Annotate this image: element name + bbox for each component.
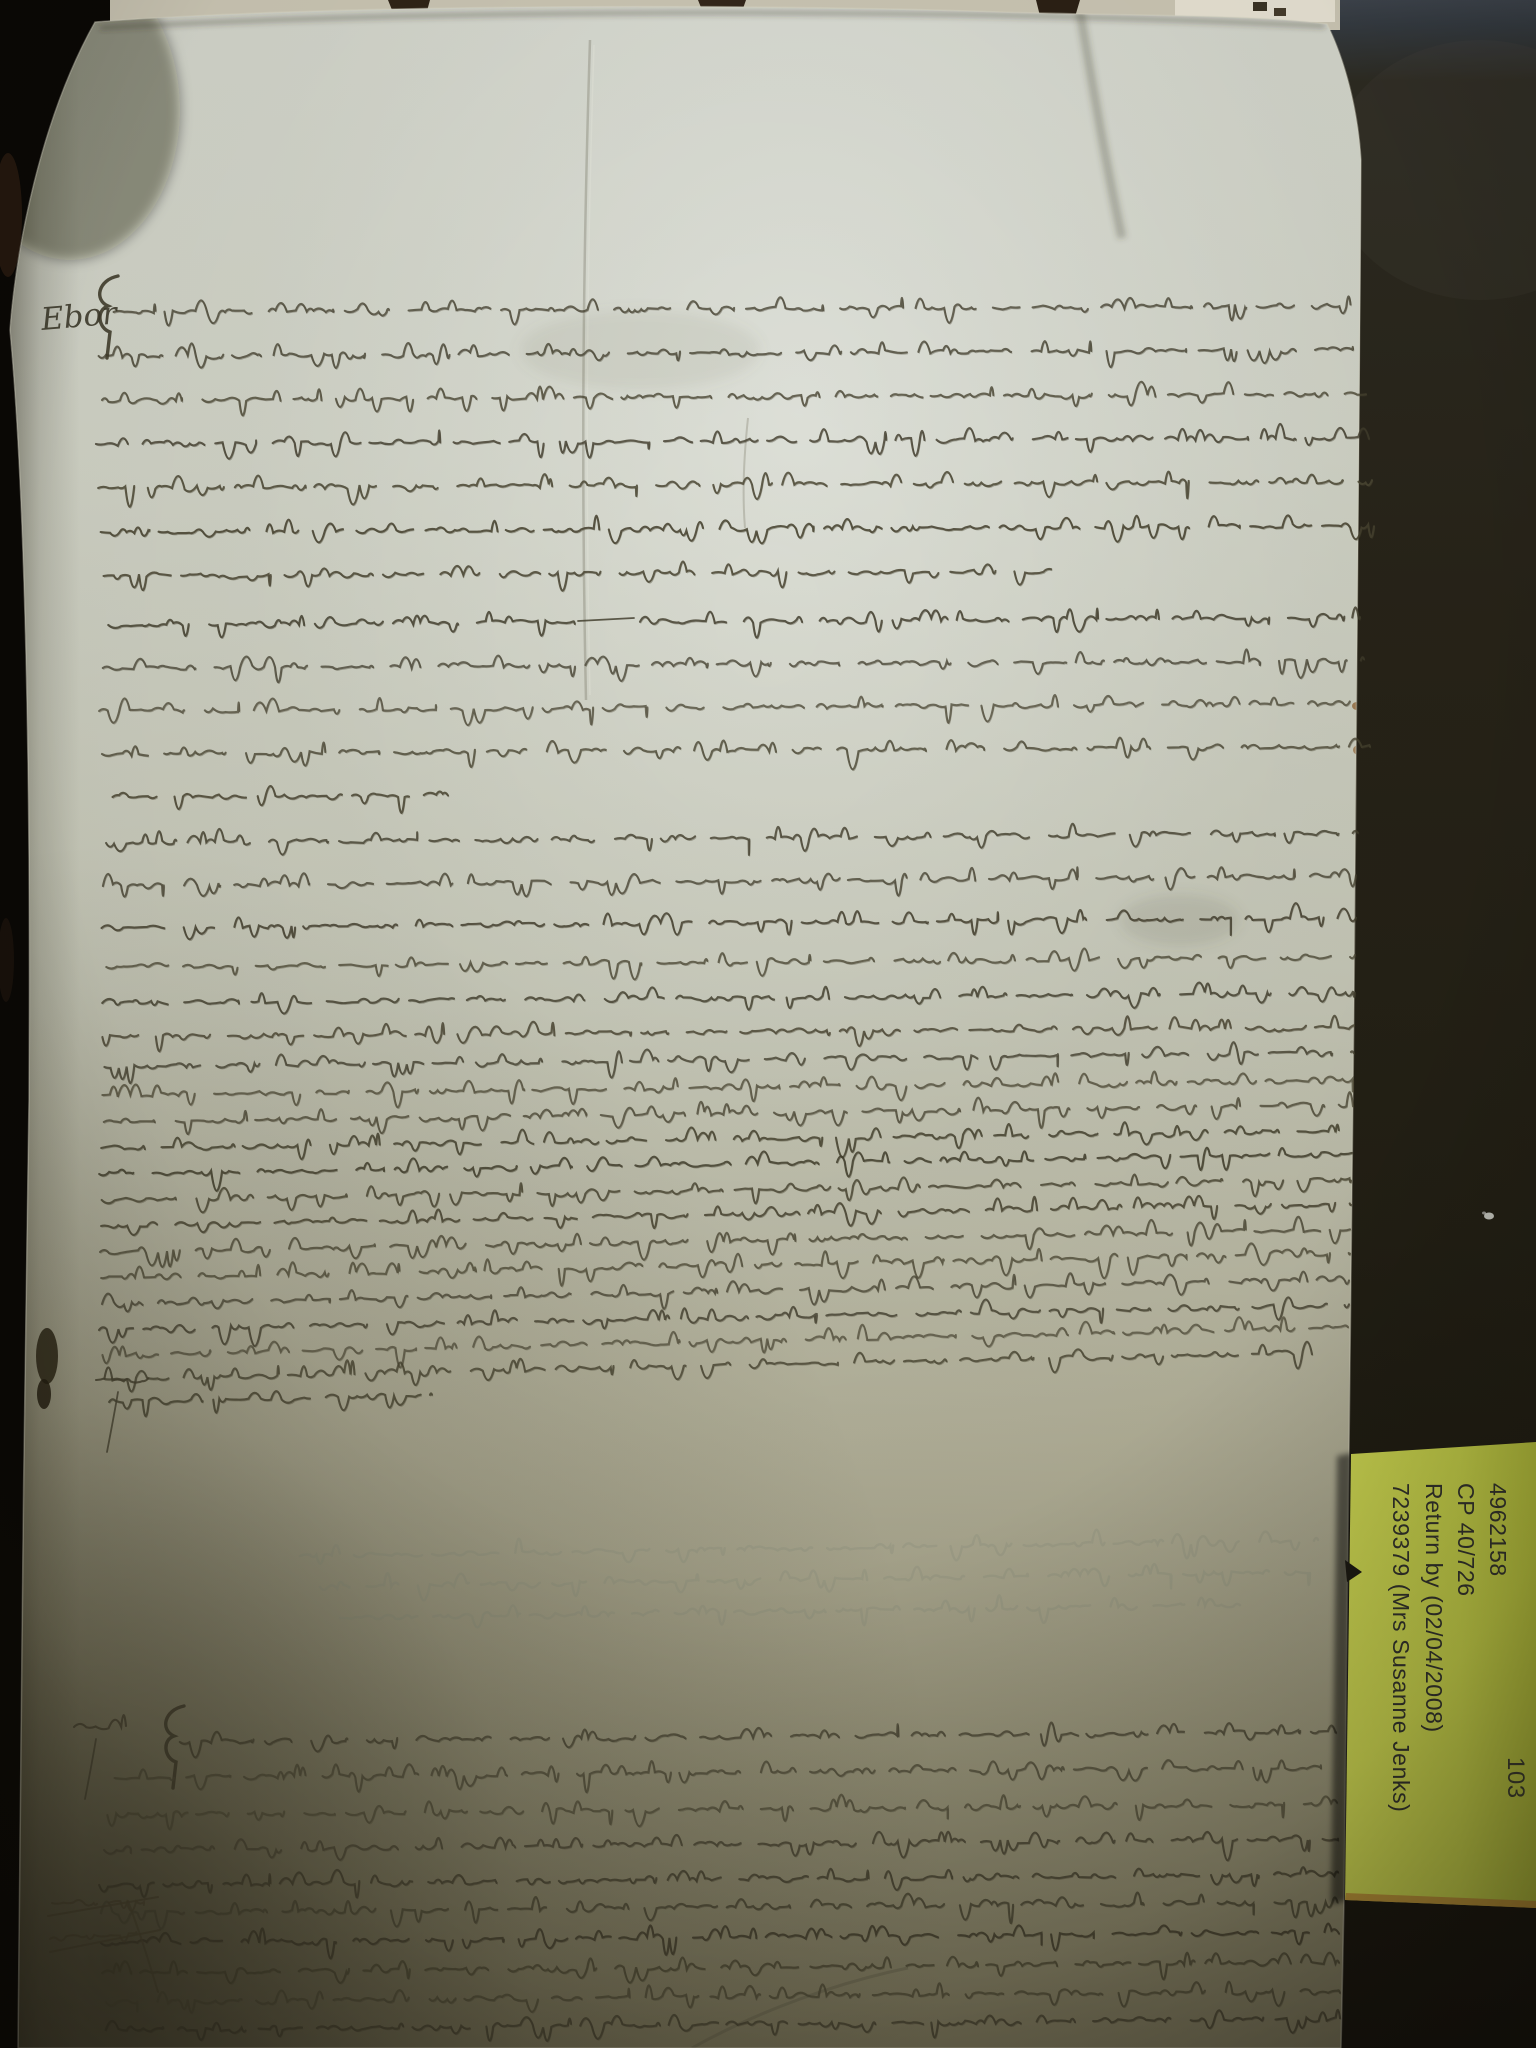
manuscript-photograph: Ebor 103 4962158 CP 40/726 Return by (02…	[0, 0, 1536, 2048]
vignette-overlay	[0, 0, 1536, 2048]
photo-canvas: Ebor 103 4962158 CP 40/726 Return by (02…	[0, 0, 1536, 2048]
